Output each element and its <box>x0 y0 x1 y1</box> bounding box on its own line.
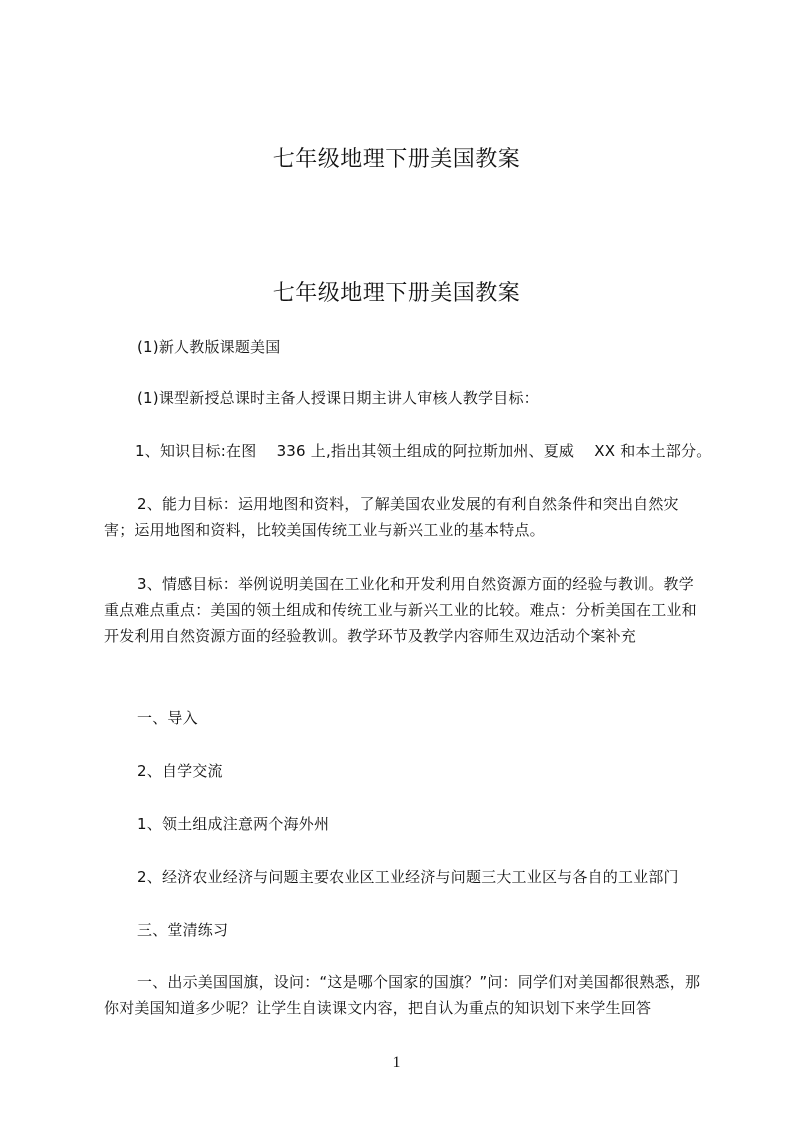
paragraph-course-topic: (1)新人教版课题美国 <box>137 334 707 360</box>
section-heading-self-study: 2、自学交流 <box>137 758 707 784</box>
list-item-economy: 2、经济农业经济与问题主要农业区工业经济与问题三大工业区与各自的工业部门 <box>137 864 717 890</box>
page-number: 1 <box>0 1054 793 1072</box>
paragraph-flag-activity: 一、出示美国国旗，设问：“这是哪个国家的国旗？”问：同学们对美国都很熟悉，那你对… <box>104 969 708 1021</box>
document-page: 七年级地理下册美国教案 七年级地理下册美国教案 (1)新人教版课题美国 (1)课… <box>0 0 793 1122</box>
section-heading-introduction: 一、导入 <box>137 705 707 731</box>
paragraph-knowledge-goal: 1、知识目标:在图 336 上,指出其领土组成的阿拉斯加州、夏威 XX 和本土部… <box>135 438 715 464</box>
document-header-title: 七年级地理下册美国教案 <box>0 142 793 173</box>
paragraph-course-type: (1)课型新授总课时主备人授课日期主讲人审核人教学目标： <box>137 385 707 411</box>
section-heading-practice: 三、堂清练习 <box>137 917 707 943</box>
document-main-title: 七年级地理下册美国教案 <box>0 276 793 307</box>
paragraph-ability-goal: 2、能力目标：运用地图和资料，了解美国农业发展的有利自然条件和突出自然灾害；运用… <box>104 491 708 543</box>
paragraph-emotional-goal: 3、情感目标：举例说明美国在工业化和开发利用自然资源方面的经验与教训。教学重点难… <box>104 571 708 649</box>
list-item-territory: 1、领土组成注意两个海外州 <box>137 811 707 837</box>
